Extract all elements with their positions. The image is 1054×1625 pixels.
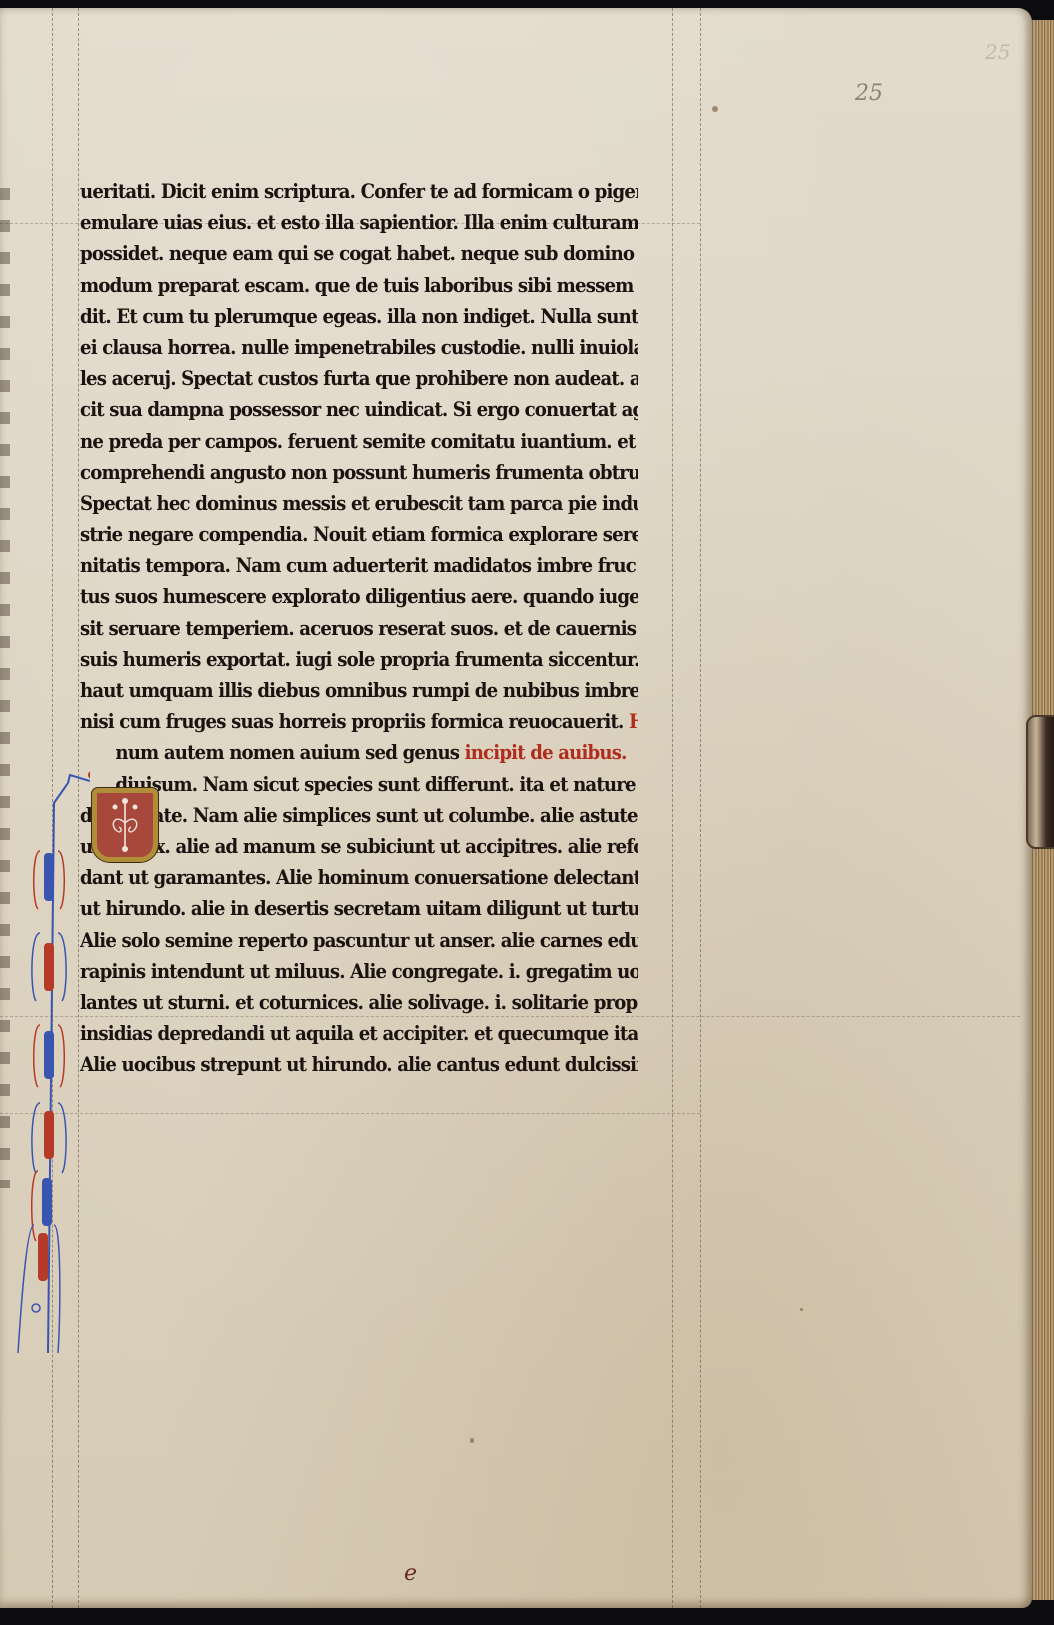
text-line: les aceruj. Spectat custos furta que pro… bbox=[80, 363, 638, 394]
text-line: Alie uocibus strepunt ut hirundo. alie c… bbox=[80, 1049, 638, 1080]
text-line: diuisum. Nam sicut species sunt differun… bbox=[80, 769, 638, 800]
penwork-flourish-decoration bbox=[10, 763, 90, 1363]
decorated-initial bbox=[92, 788, 158, 862]
text-line: suis humeris exportat. iugi sole propria… bbox=[80, 644, 638, 675]
text-line: ut hirundo. alie in desertis secretam ui… bbox=[80, 893, 638, 924]
text-line: ueritati. Dicit enim scriptura. Confer t… bbox=[80, 176, 638, 207]
text-line: tus suos humescere explorato diligentius… bbox=[80, 581, 638, 612]
text-line: nisi cum fruges suas horreis propriis fo… bbox=[80, 706, 638, 737]
ruling-line-lower bbox=[0, 1113, 700, 1114]
text-line: num autem nomen auium sed genus incipit … bbox=[80, 737, 638, 768]
text-line: lantes ut sturni. et coturnices. alie so… bbox=[80, 987, 638, 1018]
parchment-spot bbox=[800, 1308, 803, 1311]
text-line: cit sua dampna possessor nec uindicat. S… bbox=[80, 394, 638, 425]
rubric-heading: incipit de auibus. bbox=[465, 741, 627, 764]
text-line: haut umquam illis diebus omnibus rumpi d… bbox=[80, 675, 638, 706]
faded-folio-number: 25 bbox=[985, 40, 1010, 64]
text-line: insidias depredandi ut aquila et accipit… bbox=[80, 1018, 638, 1049]
folio-number: 25 bbox=[855, 81, 883, 106]
text-line: Spectat hec dominus messis et erubescit … bbox=[80, 488, 638, 519]
text-line: sit seruare temperiem. aceruos reserat s… bbox=[80, 613, 638, 644]
text-line: comprehendi angusto non possunt humeris … bbox=[80, 457, 638, 488]
text-line: emulare uias eius. et esto illa sapienti… bbox=[80, 207, 638, 238]
text-line: Alie solo semine reperto pascuntur ut an… bbox=[80, 925, 638, 956]
text-line: strie negare compendia. Nouit etiam form… bbox=[80, 519, 638, 550]
rubric-text: Hic bbox=[629, 710, 638, 733]
text-line: nitatis tempora. Nam cum aduerterit madi… bbox=[80, 550, 638, 581]
bottom-margin-mark: e bbox=[404, 1561, 417, 1586]
text-line: rapinis intendunt ut miluus. Alie congre… bbox=[80, 956, 638, 987]
text-line: dant ut garamantes. Alie hominum conuers… bbox=[80, 862, 638, 893]
text-line: possidet. neque eam qui se cogat habet. … bbox=[80, 238, 638, 269]
text-line: ut perdix. alie ad manum se subiciunt ut… bbox=[80, 831, 638, 862]
text-line: modum preparat escam. que de tuis labori… bbox=[80, 270, 638, 301]
ruling-line-right-outer bbox=[700, 8, 701, 1608]
facing-page-gutter-text bbox=[0, 188, 10, 1188]
parchment-spot bbox=[470, 1438, 474, 1443]
text-line: ne preda per campos. feruent semite comi… bbox=[80, 426, 638, 457]
floral-scroll-icon bbox=[97, 793, 153, 857]
text-line: dit. Et cum tu plerumque egeas. illa non… bbox=[80, 301, 638, 332]
text-column: ueritati. Dicit enim scriptura. Confer t… bbox=[80, 176, 680, 1080]
text-line: ei clausa horrea. nulle impenetrabiles c… bbox=[80, 332, 638, 363]
parchment-spot bbox=[712, 106, 718, 112]
book-clasp bbox=[1026, 715, 1054, 849]
text-line: diuersitate. Nam alie simplices sunt ut … bbox=[80, 800, 638, 831]
manuscript-page: 25 25 ueritati. Dicit enim scriptura. Co… bbox=[0, 8, 1032, 1608]
